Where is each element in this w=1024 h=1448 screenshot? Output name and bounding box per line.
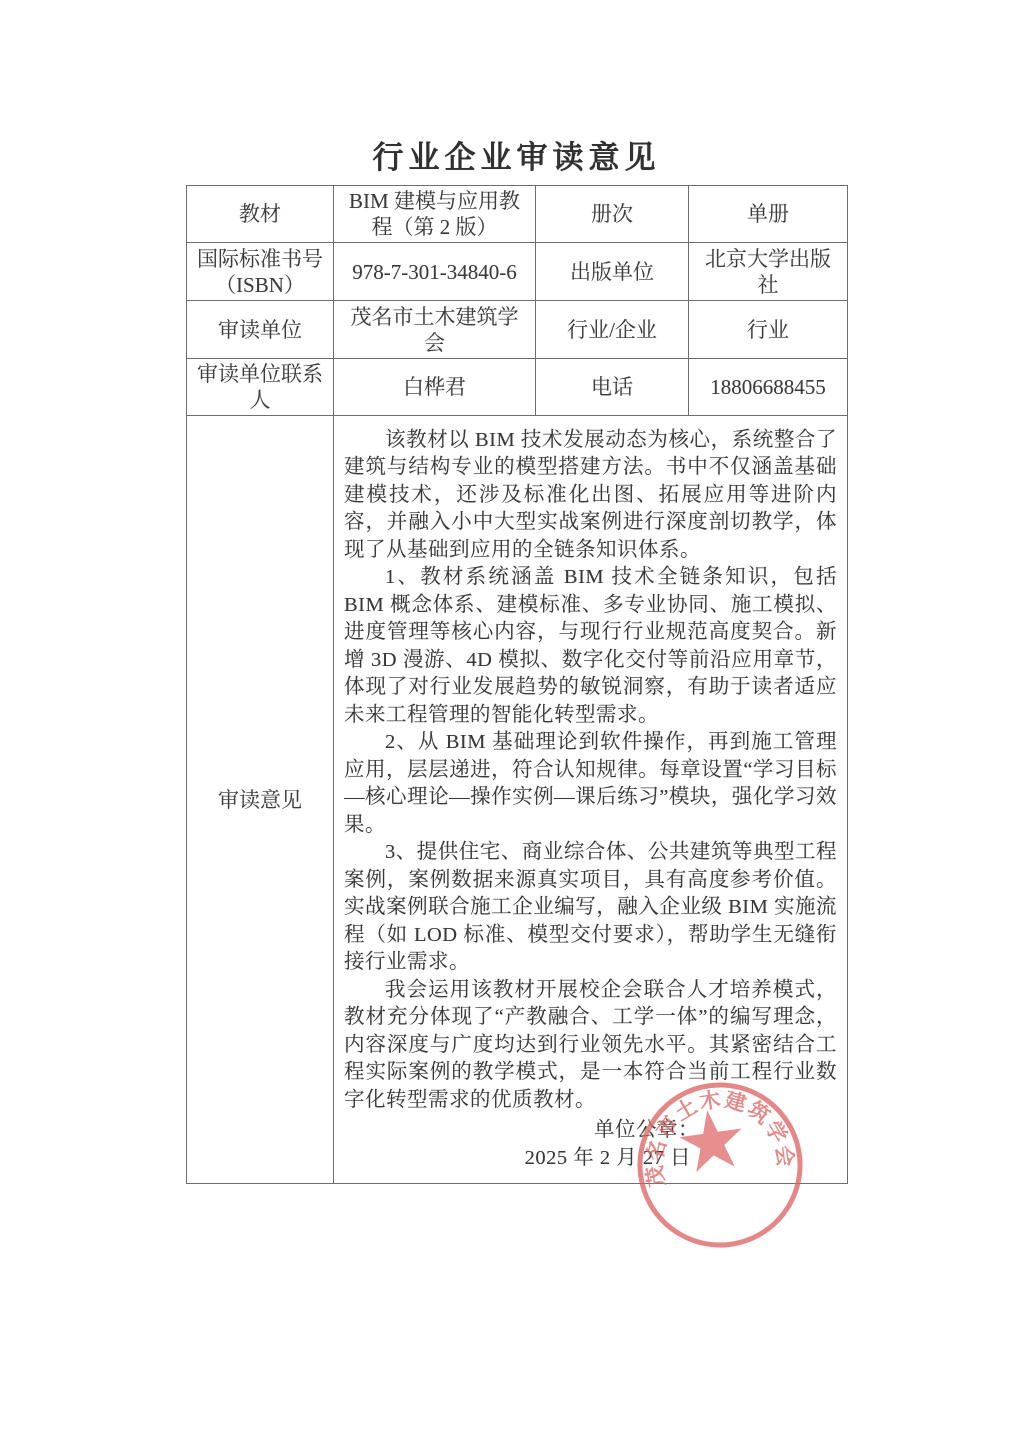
cell-industry-type-value: 行业	[689, 301, 848, 359]
table-row: 审读意见 该教材以 BIM 技术发展动态为核心，系统整合了建筑与结构专业的模型搭…	[187, 416, 848, 1184]
review-date: 2025 年 2 月 27 日	[344, 1145, 837, 1173]
seal-caption: 单位公章：	[344, 1117, 837, 1145]
cell-phone-label: 电话	[536, 359, 689, 416]
cell-volume-label: 册次	[536, 186, 689, 243]
review-paragraph: 2、从 BIM 基础理论到软件操作，再到施工管理应用，层层递进，符合认知规律。每…	[344, 729, 837, 839]
review-opinion-label: 审读意见	[187, 416, 334, 1184]
document-page: 行业企业审读意见 教材 BIM 建模与应用教程（第 2 版） 册次 单册 国际标…	[0, 0, 1024, 1448]
cell-industry-type-label: 行业/企业	[536, 301, 689, 359]
review-paragraph: 该教材以 BIM 技术发展动态为核心，系统整合了建筑与结构专业的模型搭建方法。书…	[344, 427, 837, 565]
cell-isbn-value: 978-7-301-34840-6	[334, 243, 536, 301]
doc-title: 行业企业审读意见	[186, 132, 847, 177]
cell-contact-value: 白桦君	[334, 359, 536, 416]
table-row: 审读单位 茂名市土木建筑学会 行业/企业 行业	[187, 301, 848, 359]
cell-review-org-label: 审读单位	[187, 301, 334, 359]
review-paragraph: 3、提供住宅、商业综合体、公共建筑等典型工程案例，案例数据来源真实项目，具有高度…	[344, 839, 837, 977]
cell-review-org-value: 茂名市土木建筑学会	[334, 301, 536, 359]
table-row: 审读单位联系人 白桦君 电话 18806688455	[187, 359, 848, 416]
cell-isbn-label: 国际标准书号（ISBN）	[187, 243, 334, 301]
cell-textbook-label: 教材	[187, 186, 334, 243]
cell-volume-value: 单册	[689, 186, 848, 243]
table-row: 教材 BIM 建模与应用教程（第 2 版） 册次 单册	[187, 186, 848, 243]
table-row: 国际标准书号（ISBN） 978-7-301-34840-6 出版单位 北京大学…	[187, 243, 848, 301]
cell-publisher-value: 北京大学出版社	[689, 243, 848, 301]
cell-contact-label: 审读单位联系人	[187, 359, 334, 416]
review-paragraph: 我会运用该教材开展校企会联合人才培养模式，教材充分体现了“产教融合、工学一体”的…	[344, 977, 837, 1115]
cell-publisher-label: 出版单位	[536, 243, 689, 301]
info-table: 教材 BIM 建模与应用教程（第 2 版） 册次 单册 国际标准书号（ISBN）…	[186, 185, 848, 1184]
cell-phone-value: 18806688455	[689, 359, 848, 416]
review-opinion-content: 该教材以 BIM 技术发展动态为核心，系统整合了建筑与结构专业的模型搭建方法。书…	[344, 427, 837, 1173]
cell-textbook-value: BIM 建模与应用教程（第 2 版）	[334, 186, 536, 243]
review-paragraph: 1、教材系统涵盖 BIM 技术全链条知识，包括 BIM 概念体系、建模标准、多专…	[344, 564, 837, 729]
review-opinion-cell: 该教材以 BIM 技术发展动态为核心，系统整合了建筑与结构专业的模型搭建方法。书…	[334, 416, 848, 1184]
